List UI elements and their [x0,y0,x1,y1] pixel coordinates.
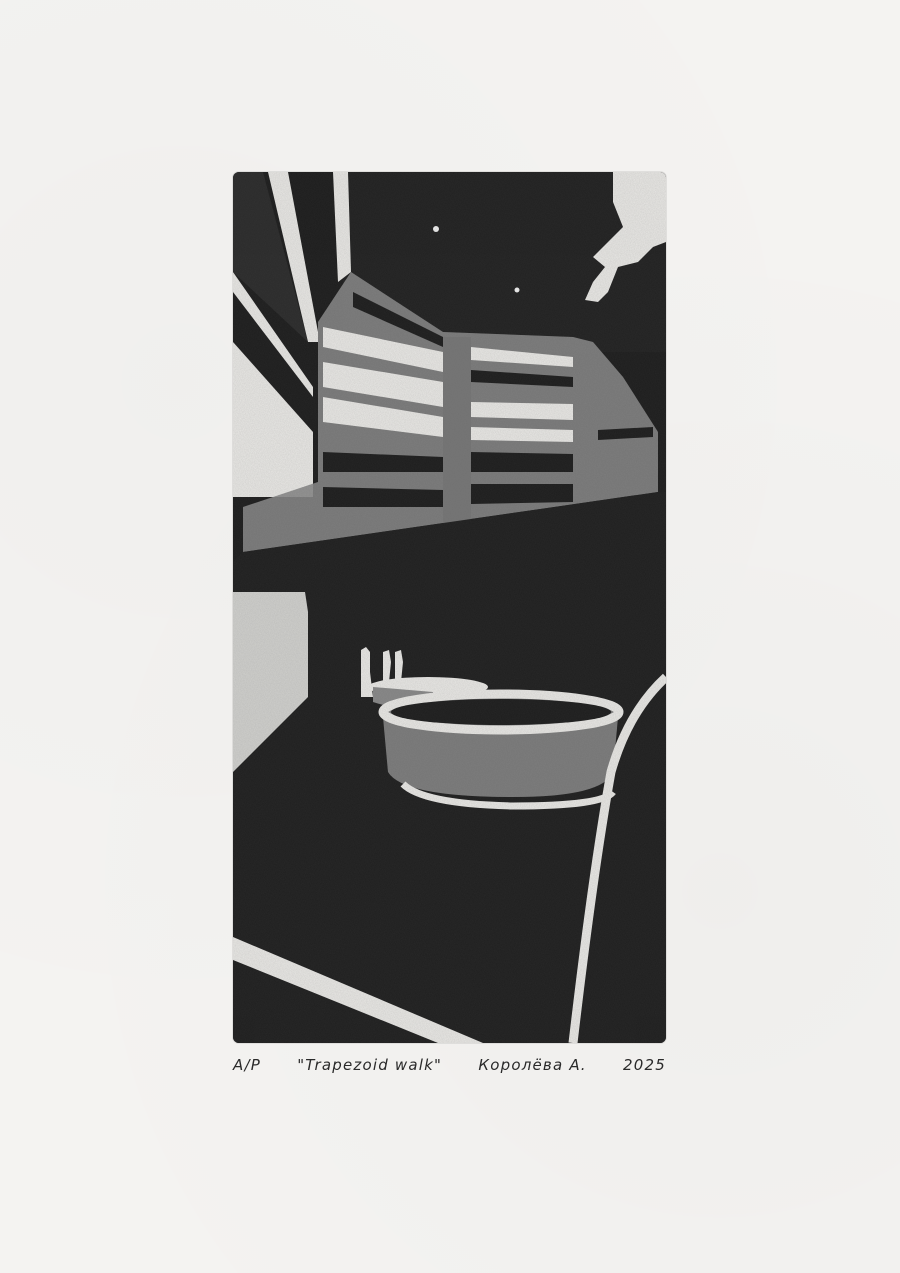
print-caption: A/P "Trapezoid walk" Королёва А. 2025 [233,1050,666,1080]
artwork-year: 2025 [623,1056,666,1074]
edition-label: A/P [233,1056,261,1074]
artwork-title: "Trapezoid walk" [297,1056,442,1074]
artist-name: Королёва А. [478,1056,586,1074]
etching-image [233,172,666,1043]
print-plate [233,172,666,1043]
